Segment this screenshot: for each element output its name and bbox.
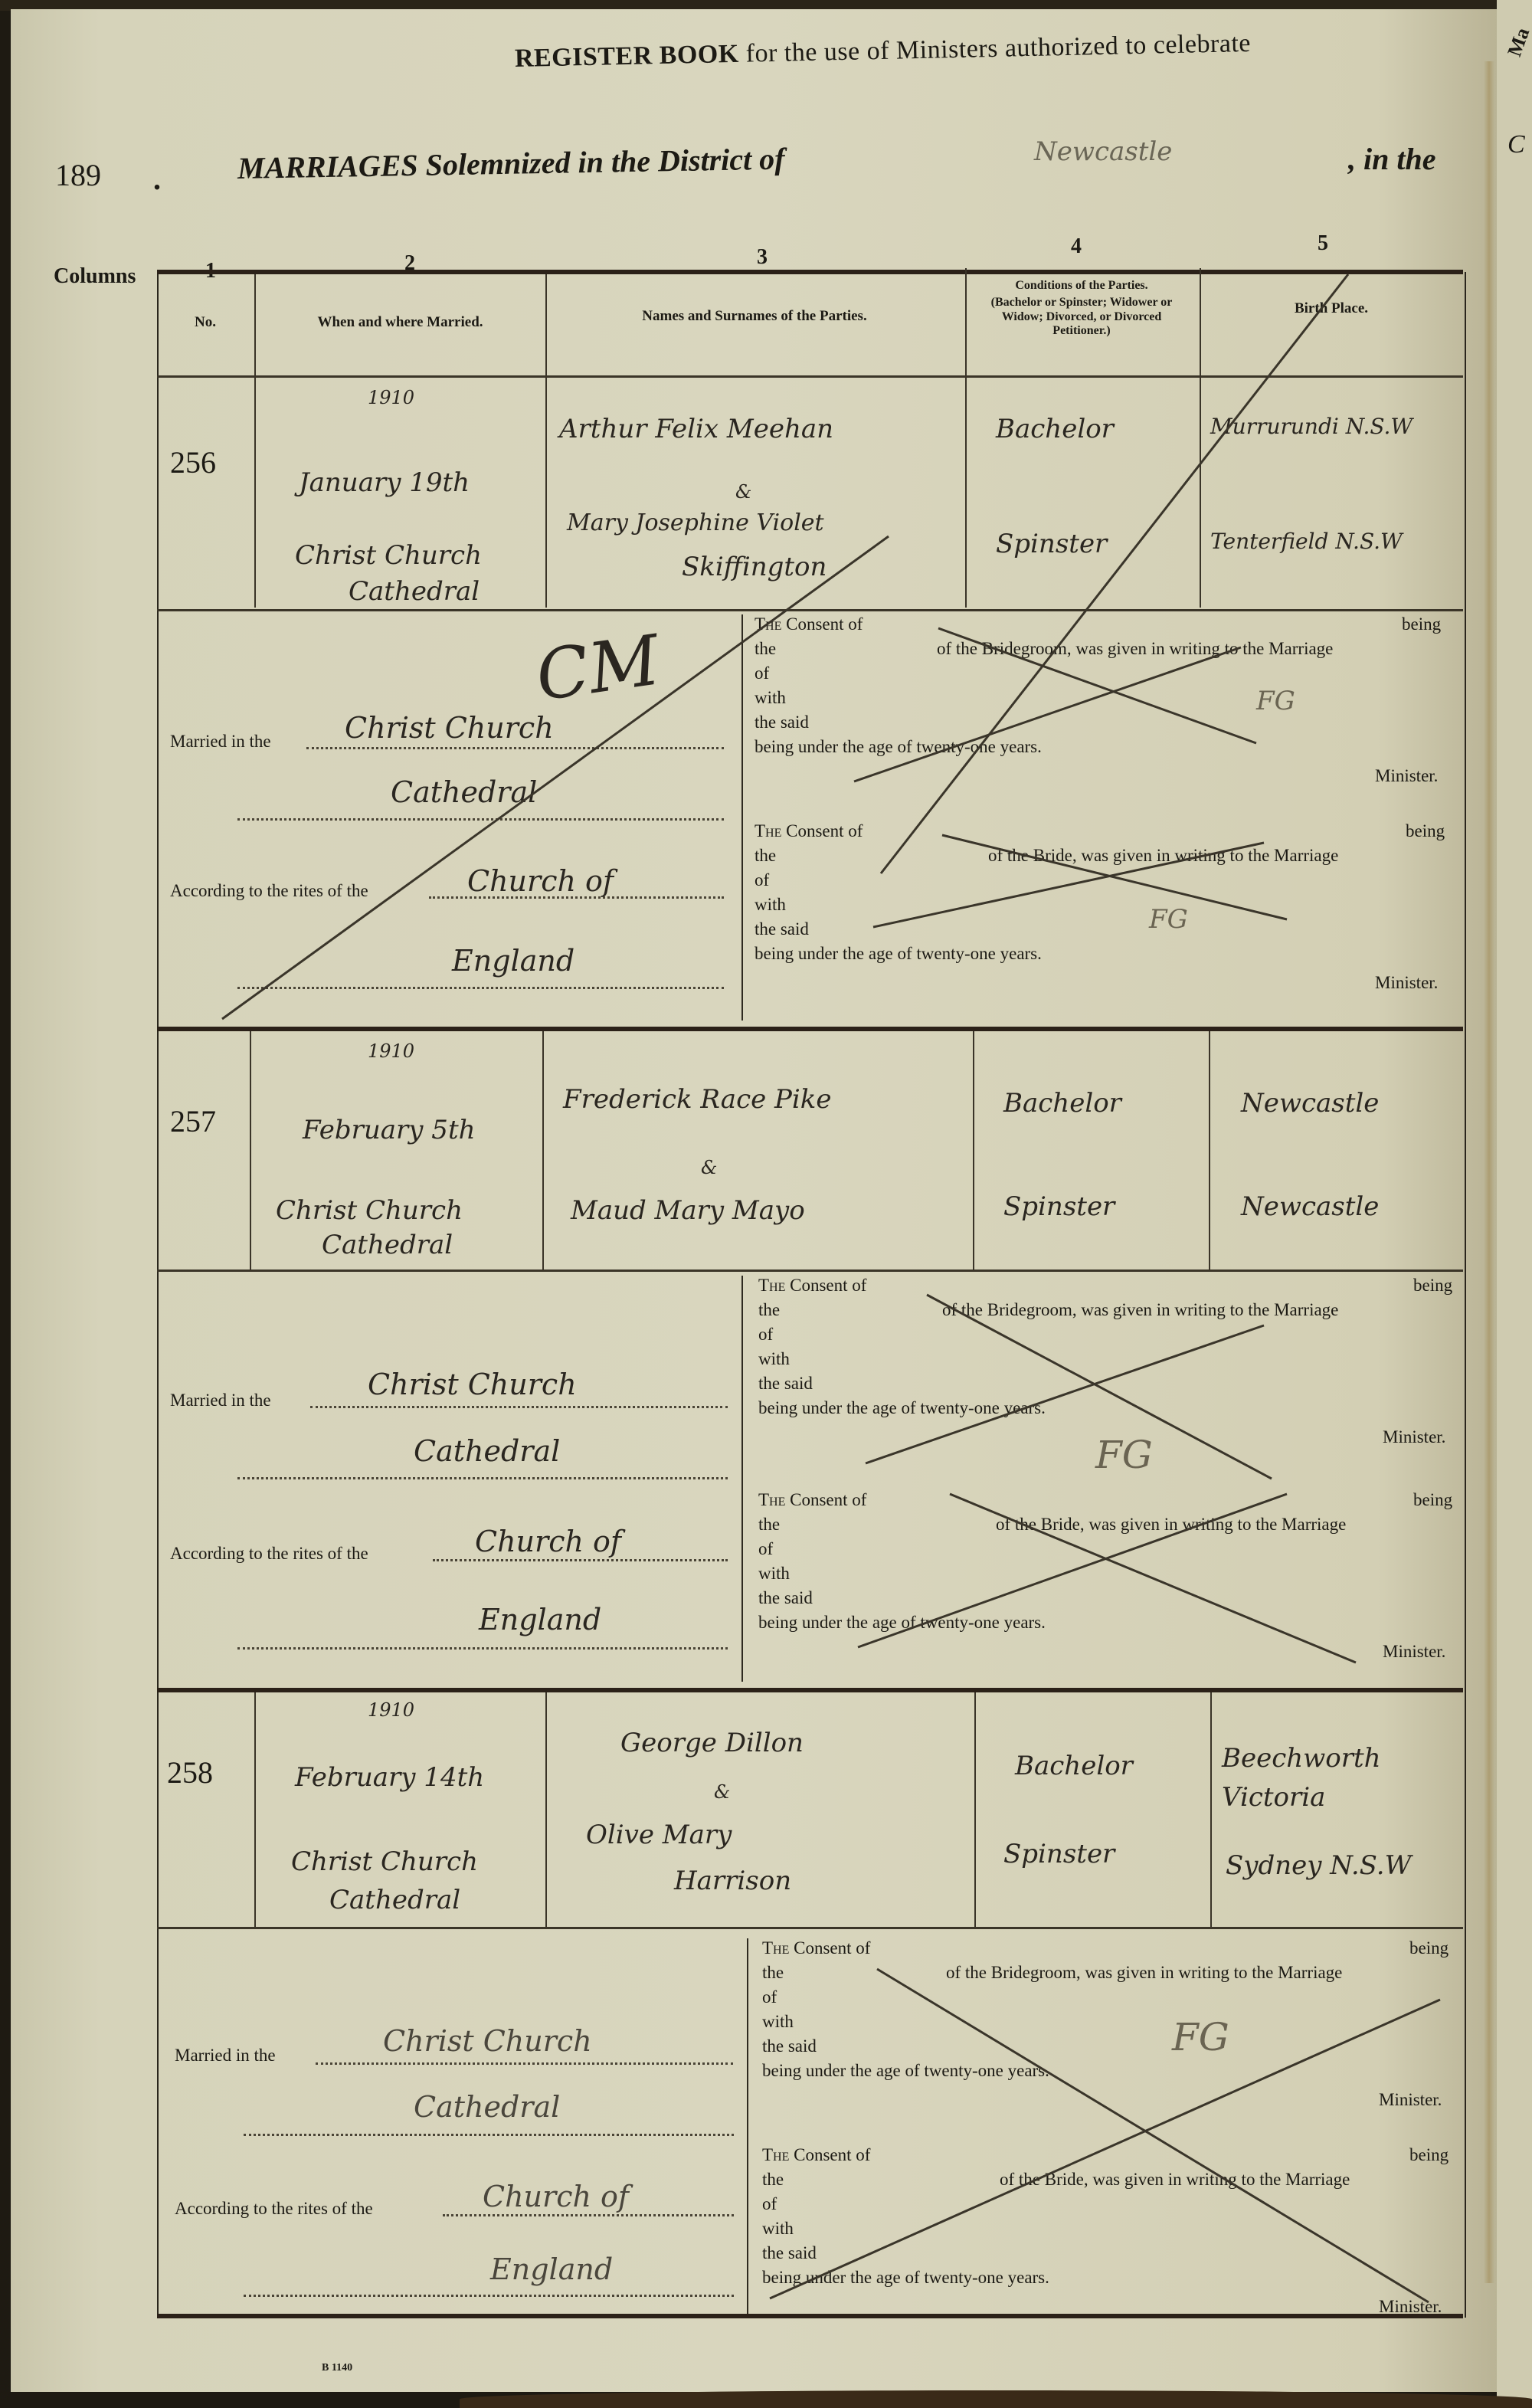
being-text: being xyxy=(1409,2145,1449,2165)
consent-of: Consent of xyxy=(781,821,863,840)
the-line: theof the Bride, was given in writing to… xyxy=(758,1515,1445,1535)
column-divider xyxy=(250,1030,251,1272)
being-text: being xyxy=(1413,1490,1452,1510)
consent-of: Consent of xyxy=(789,1938,870,1958)
fill-line xyxy=(237,1647,728,1650)
the-said-text: the said xyxy=(758,1588,1445,1608)
of-text: of xyxy=(755,663,1438,683)
consent-prefix: The xyxy=(762,1938,789,1958)
rites-line2: England xyxy=(479,1603,601,1636)
header-names: Names and Surnames of the Parties. xyxy=(548,308,961,325)
entry-divider xyxy=(157,1927,1463,1929)
column-number: 3 xyxy=(757,245,768,270)
column-divider xyxy=(973,1030,974,1272)
bride-condition: Spinster xyxy=(996,529,1107,559)
consent-of-line: The Consent ofbeing xyxy=(755,614,1438,634)
under-age-text: being under the age of twenty-one years. xyxy=(762,2061,1442,2081)
married-in-line1: Christ Church xyxy=(345,711,554,745)
adjacent-page: Ma C xyxy=(1497,0,1532,2408)
entry-number: 256 xyxy=(170,444,216,480)
bride-birthplace: Newcastle xyxy=(1241,1191,1379,1222)
column-divider xyxy=(1200,268,1201,608)
consent-of: Consent of xyxy=(785,1276,866,1295)
entry-separator xyxy=(157,1027,1463,1031)
entry-year: 1910 xyxy=(368,1699,414,1721)
being-text: being xyxy=(1413,1276,1452,1296)
fill-line xyxy=(443,2214,734,2216)
the-text: the xyxy=(758,1300,780,1319)
rites-label: According to the rites of the xyxy=(175,2199,373,2219)
fill-line xyxy=(433,1559,728,1561)
rites-line2: England xyxy=(452,944,574,978)
header-birth-place: Birth Place. xyxy=(1201,300,1462,317)
entry-place-line2: Cathedral xyxy=(349,576,480,607)
year-dot: . xyxy=(153,161,161,197)
consent-groom: The Consent ofbeing theof the Bridegroom… xyxy=(755,614,1438,786)
consent-initials: FG xyxy=(1172,2015,1229,2059)
of-text: of xyxy=(758,1539,1445,1559)
married-in-label: Married in the xyxy=(175,2046,276,2066)
rites-line1: Church of xyxy=(483,2180,629,2213)
entry-number: 258 xyxy=(167,1754,213,1790)
table-top-rule xyxy=(157,270,1463,274)
consent-of-line: The Consent ofbeing xyxy=(758,1276,1445,1296)
of-text: of xyxy=(762,1987,1442,2007)
entry-date: January 19th xyxy=(299,467,470,498)
with-text: with xyxy=(762,2219,1442,2239)
bride-birthplace: Tenterfield N.S.W xyxy=(1210,529,1403,554)
fill-line xyxy=(244,2134,734,2136)
groom-condition: Bachelor xyxy=(1015,1751,1133,1781)
and-mark: & xyxy=(701,1157,717,1178)
under-age-text: being under the age of twenty-one years. xyxy=(755,737,1438,757)
entry-place-line1: Christ Church xyxy=(276,1195,463,1226)
consent-initials: FG xyxy=(1149,904,1188,935)
consent-bride: The Consent ofbeing theof the Bride, was… xyxy=(762,2145,1442,2317)
column-number: 4 xyxy=(1071,234,1082,259)
column-divider xyxy=(545,1689,547,1927)
entry-place-line1: Christ Church xyxy=(291,1846,478,1877)
married-in-line2: Cathedral xyxy=(414,2090,560,2124)
column-divider xyxy=(974,1689,976,1927)
consent-of: Consent of xyxy=(781,614,863,634)
bride-text: of the Bride, was given in writing to th… xyxy=(1000,2170,1350,2190)
the-line: theof the Bridegroom, was given in writi… xyxy=(762,1963,1442,1983)
entry-year: 1910 xyxy=(368,387,414,408)
with-text: with xyxy=(762,2012,1442,2032)
consent-prefix: The xyxy=(758,1490,785,1509)
rites-line1: Church of xyxy=(475,1525,621,1558)
header-bottom-rule xyxy=(157,375,1463,378)
bridegroom-text: of the Bridegroom, was given in writing … xyxy=(937,639,1333,659)
consent-of-line: The Consent ofbeing xyxy=(762,2145,1442,2165)
with-text: with xyxy=(755,688,1438,708)
fill-line xyxy=(316,2062,733,2065)
and-mark: & xyxy=(735,481,751,503)
consent-initials: FG xyxy=(1256,686,1295,716)
consent-brace xyxy=(741,614,743,1021)
the-text: the xyxy=(755,639,776,658)
married-in-line2: Cathedral xyxy=(414,1434,560,1468)
bride-name-line1: Olive Mary xyxy=(586,1820,732,1850)
consent-of: Consent of xyxy=(789,2145,870,2164)
column-divider xyxy=(965,268,967,608)
married-in-line1: Christ Church xyxy=(368,1368,577,1401)
of-text: of xyxy=(755,870,1438,890)
consent-prefix: The xyxy=(758,1276,785,1295)
entry-place-line2: Cathedral xyxy=(322,1230,453,1260)
bridegroom-text: of the Bridegroom, was given in writing … xyxy=(946,1963,1342,1983)
married-in-line1: Christ Church xyxy=(383,2024,592,2058)
consent-groom: The Consent ofbeing theof the Bridegroom… xyxy=(762,1938,1442,2110)
the-line: theof the Bridegroom, was given in writi… xyxy=(758,1300,1445,1320)
groom-birthplace: Murrurundi N.S.W xyxy=(1210,414,1413,439)
entry-place-line2: Cathedral xyxy=(329,1885,460,1915)
under-age-text: being under the age of twenty-one years. xyxy=(755,944,1438,964)
column-divider xyxy=(1210,1689,1212,1927)
fill-line xyxy=(306,747,724,749)
being-text: being xyxy=(1409,1938,1449,1958)
the-text: the xyxy=(755,846,776,865)
cancelled-mark: CM xyxy=(531,620,664,716)
groom-birthplace: Beechworth Victoria xyxy=(1222,1739,1452,1817)
being-text: being xyxy=(1406,821,1445,841)
of-text: of xyxy=(762,2194,1442,2214)
entry-place-line1: Christ Church xyxy=(295,540,482,571)
column-divider xyxy=(254,1689,256,1927)
bride-name-line1: Maud Mary Mayo xyxy=(571,1195,805,1226)
being-text: being xyxy=(1402,614,1441,634)
header-conditions: Conditions of the Parties.(Bachelor or S… xyxy=(967,279,1196,339)
fill-line xyxy=(237,987,724,989)
consent-of-line: The Consent ofbeing xyxy=(758,1490,1445,1510)
header-no: No. xyxy=(159,314,251,331)
bride-condition: Spinster xyxy=(1003,1839,1115,1869)
consent-prefix: The xyxy=(755,821,781,840)
header-when-where: When and where Married. xyxy=(257,314,544,331)
groom-name: Frederick Race Pike xyxy=(563,1084,832,1115)
entry-number: 257 xyxy=(170,1103,216,1139)
bride-name-line1: Mary Josephine Violet xyxy=(567,509,824,536)
under-age-text: being under the age of twenty-one years. xyxy=(762,2268,1442,2288)
the-said-text: the said xyxy=(755,919,1438,939)
consent-prefix: The xyxy=(755,614,781,634)
column-number: 5 xyxy=(1318,231,1328,256)
bride-text: of the Bride, was given in writing to th… xyxy=(996,1515,1346,1535)
year-prefix: 189 xyxy=(55,157,101,193)
columns-label: Columns xyxy=(54,264,136,289)
header-conditions-title: Conditions of the Parties. xyxy=(967,279,1196,293)
consent-bride: The Consent ofbeing theof the Bride, was… xyxy=(758,1490,1445,1662)
consent-initials: FG xyxy=(1095,1433,1153,1477)
entry-date: February 14th xyxy=(295,1762,484,1793)
consent-bride: The Consent ofbeing theof the Bride, was… xyxy=(755,821,1438,993)
district-handwritten: Newcastle xyxy=(1034,136,1172,167)
minister-text: Minister. xyxy=(1375,766,1438,786)
the-text: the xyxy=(762,2170,784,2189)
bride-birthplace: Sydney N.S.W xyxy=(1226,1850,1412,1881)
groom-condition: Bachelor xyxy=(1003,1088,1121,1119)
groom-name: George Dillon xyxy=(620,1728,804,1758)
fill-line xyxy=(237,1477,728,1479)
header-conditions-detail: (Bachelor or Spinster; Widower or Widow;… xyxy=(967,293,1196,338)
and-mark: & xyxy=(714,1781,730,1803)
rites-line2: England xyxy=(490,2252,613,2286)
groom-condition: Bachelor xyxy=(996,414,1114,444)
print-code: B 1140 xyxy=(322,2362,352,2374)
bridegroom-text: of the Bridegroom, was given in writing … xyxy=(942,1300,1338,1320)
under-age-text: being under the age of twenty-one years. xyxy=(758,1613,1445,1633)
fill-line xyxy=(237,818,724,821)
married-in-label: Married in the xyxy=(170,732,271,752)
fill-line xyxy=(244,2295,734,2297)
minister-text: Minister. xyxy=(1379,2090,1442,2110)
the-said-text: the said xyxy=(762,2036,1442,2056)
column-divider xyxy=(542,1030,544,1272)
column-divider xyxy=(545,274,547,608)
the-said-text: the said xyxy=(758,1374,1445,1394)
married-in-line2: Cathedral xyxy=(391,775,537,809)
of-text: of xyxy=(758,1325,1445,1345)
rites-line1: Church of xyxy=(467,864,614,898)
column-divider xyxy=(1209,1030,1210,1272)
entry-year: 1910 xyxy=(368,1040,414,1062)
married-in-label: Married in the xyxy=(170,1391,271,1410)
bride-name-line2: Harrison xyxy=(674,1866,791,1896)
entry-divider xyxy=(157,609,1463,611)
book-edge-bottom xyxy=(460,2390,1532,2408)
the-text: the xyxy=(758,1515,780,1534)
column-divider xyxy=(254,274,256,608)
minister-text: Minister. xyxy=(1375,973,1438,993)
minister-text: Minister. xyxy=(1383,1642,1445,1662)
consent-of: Consent of xyxy=(785,1490,866,1509)
consent-groom: The Consent ofbeing theof the Bridegroom… xyxy=(758,1276,1445,1447)
page-gutter-stain xyxy=(1484,61,1494,2283)
consent-of-line: The Consent ofbeing xyxy=(762,1938,1442,1958)
the-said-text: the said xyxy=(762,2243,1442,2263)
in-the-text: , in the xyxy=(1348,141,1435,177)
adjacent-page-fragment: C xyxy=(1507,130,1525,159)
minister-text: Minister. xyxy=(1383,1427,1445,1447)
adjacent-page-fragment: Ma xyxy=(1503,25,1532,60)
fill-line xyxy=(310,1406,728,1408)
the-line: theof the Bride, was given in writing to… xyxy=(755,846,1438,866)
bride-condition: Spinster xyxy=(1003,1191,1115,1222)
rites-label: According to the rites of the xyxy=(170,1544,368,1564)
the-line: theof the Bride, was given in writing to… xyxy=(762,2170,1442,2190)
the-text: the xyxy=(762,1963,784,1982)
groom-name: Arthur Felix Meehan xyxy=(559,414,833,444)
entry-separator xyxy=(157,1688,1463,1692)
bride-name-line2: Skiffington xyxy=(682,552,827,582)
the-said-text: the said xyxy=(755,713,1438,732)
rites-label: According to the rites of the xyxy=(170,881,368,901)
entry-date: February 5th xyxy=(303,1115,476,1145)
with-text: with xyxy=(755,895,1438,915)
entry-divider xyxy=(157,1270,1463,1272)
register-title-caps: REGISTER BOOK xyxy=(515,40,739,73)
the-line: theof the Bridegroom, was given in writi… xyxy=(755,639,1438,659)
with-text: with xyxy=(758,1564,1445,1584)
minister-text: Minister. xyxy=(1379,2297,1442,2317)
consent-prefix: The xyxy=(762,2145,789,2164)
bride-text: of the Bride, was given in writing to th… xyxy=(988,846,1338,866)
with-text: with xyxy=(758,1349,1445,1369)
under-age-text: being under the age of twenty-one years. xyxy=(758,1398,1445,1418)
consent-of-line: The Consent ofbeing xyxy=(755,821,1438,841)
groom-birthplace: Newcastle xyxy=(1241,1088,1379,1119)
consent-brace xyxy=(741,1276,743,1682)
consent-brace xyxy=(747,1938,748,2314)
